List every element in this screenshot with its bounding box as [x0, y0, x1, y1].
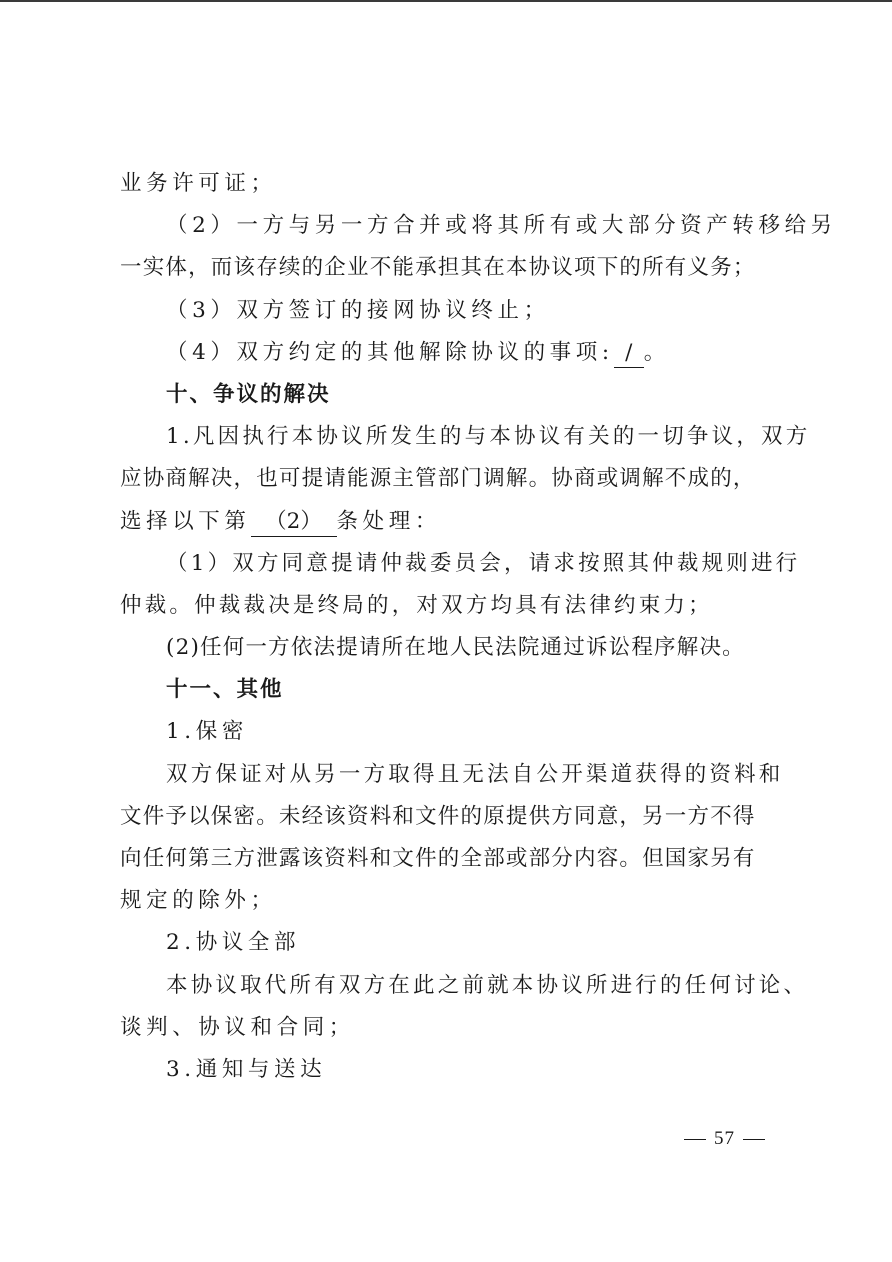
paragraph-line: 应协商解决，也可提请能源主管部门调解。协商或调解不成的，	[120, 458, 782, 500]
paragraph-line: 谈判、协议和合同；	[120, 1007, 782, 1049]
section-heading-other: 十一、其他	[120, 669, 782, 711]
choice-prefix: 选择以下第	[120, 509, 251, 534]
subsection-notice-delivery: 3.通知与送达	[120, 1049, 782, 1091]
paragraph-line: 本协议取代所有双方在此之前就本协议所进行的任何讨论、	[120, 965, 782, 1007]
paragraph-line: 选择以下第（2）条处理：	[120, 501, 782, 543]
option-arbitration: （1）双方同意提请仲裁委员会，请求按照其仲裁规则进行	[120, 543, 782, 585]
subsection-entire-agreement: 2.协议全部	[120, 922, 782, 964]
paragraph-line: 双方保证对从另一方取得且无法自公开渠道获得的资料和	[120, 754, 782, 796]
page-number-footer: 57	[676, 1128, 773, 1150]
fill-in-blank-choice: （2）	[251, 508, 337, 537]
clause-item-4: （4）双方约定的其他解除协议的事项:/。	[120, 332, 782, 374]
fill-in-blank: /	[614, 339, 644, 368]
choice-suffix: 条处理：	[337, 509, 441, 534]
paragraph-line: 向任何第三方泄露该资料和文件的全部或部分内容。但国家另有	[120, 838, 782, 880]
top-border-rule	[0, 0, 892, 2]
paragraph-line: 业务许可证；	[120, 163, 782, 205]
option-litigation: (2)任何一方依法提请所在地人民法院通过诉讼程序解决。	[120, 627, 782, 669]
dash-right	[743, 1139, 765, 1140]
dash-left	[684, 1139, 706, 1140]
paragraph-line: 仲裁。仲裁裁决是终局的，对双方均具有法律约束力；	[120, 585, 782, 627]
page-number: 57	[714, 1128, 735, 1149]
document-page: 业务许可证； （2）一方与另一方合并或将其所有或大部分资产转移给另 一实体，而该…	[120, 163, 782, 1091]
subsection-confidentiality: 1.保密	[120, 711, 782, 753]
paragraph-line: 一实体，而该存续的企业不能承担其在本协议项下的所有义务；	[120, 247, 782, 289]
clause-item-2: （2）一方与另一方合并或将其所有或大部分资产转移给另	[120, 205, 782, 247]
period-mark: 。	[644, 340, 670, 365]
paragraph-line: 规定的除外；	[120, 880, 782, 922]
paragraph-line: 1.凡因执行本协议所发生的与本协议有关的一切争议，双方	[120, 416, 782, 458]
clause-item-4-text: （4）双方约定的其他解除协议的事项:	[166, 340, 614, 365]
paragraph-line: 文件予以保密。未经该资料和文件的原提供方同意，另一方不得	[120, 796, 782, 838]
section-heading-dispute-resolution: 十、争议的解决	[120, 374, 782, 416]
clause-item-3: （3）双方签订的接网协议终止；	[120, 290, 782, 332]
